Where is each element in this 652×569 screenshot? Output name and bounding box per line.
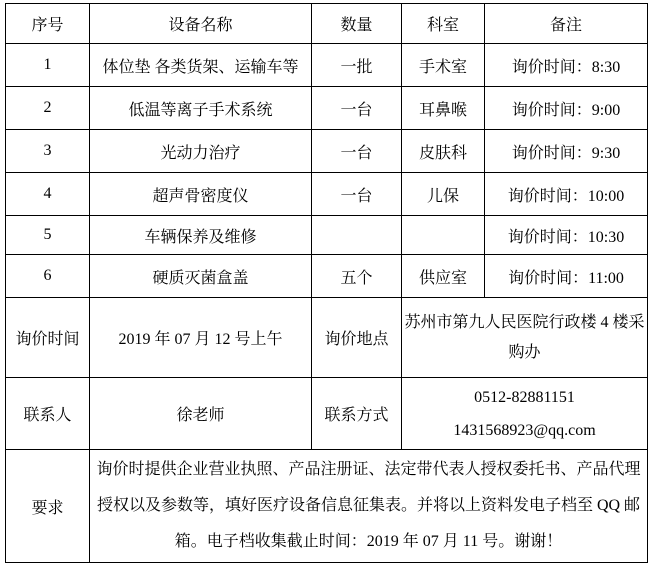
contact-method-label: 联系方式 [312,378,402,450]
cell-quantity: 一批 [312,44,402,87]
cell-serial: 1 [6,44,90,87]
table-row-5: 5 车辆保养及维修 询价时间：10:30 [6,216,648,255]
cell-department [402,216,485,255]
cell-quantity: 五个 [312,255,402,298]
header-remarks: 备注 [485,4,648,44]
inquiry-time-value: 2019 年 07 月 12 号上午 [90,298,312,378]
table-row-3: 3 光动力治疗 一台 皮肤科 询价时间：9:30 [6,130,648,173]
header-department: 科室 [402,4,485,44]
header-equipment-name: 设备名称 [90,4,312,44]
cell-department: 儿保 [402,173,485,216]
cell-remark: 询价时间：9:30 [485,130,648,173]
cell-quantity [312,216,402,255]
cell-serial: 2 [6,87,90,130]
header-serial-number: 序号 [6,4,90,44]
contact-email: 1431568923@qq.com [404,414,645,447]
contact-person-value: 徐老师 [90,378,312,450]
requirements-label: 要求 [6,450,90,563]
header-quantity: 数量 [312,4,402,44]
cell-equipment-name: 超声骨密度仪 [90,173,312,216]
cell-quantity: 一台 [312,173,402,216]
cell-quantity: 一台 [312,87,402,130]
document-page: 序号 设备名称 数量 科室 备注 1 体位垫 各类货架、运输车等 一批 手术室 … [0,0,652,569]
table-header-row: 序号 设备名称 数量 科室 备注 [6,4,648,44]
table-row-4: 4 超声骨密度仪 一台 儿保 询价时间：10:00 [6,173,648,216]
table-row-6: 6 硬质灭菌盒盖 五个 供应室 询价时间：11:00 [6,255,648,298]
contact-person-label: 联系人 [6,378,90,450]
inquiry-info-row: 询价时间 2019 年 07 月 12 号上午 询价地点 苏州市第九人民医院行政… [6,298,648,378]
cell-department: 皮肤科 [402,130,485,173]
procurement-inquiry-table: 序号 设备名称 数量 科室 备注 1 体位垫 各类货架、运输车等 一批 手术室 … [5,3,648,563]
cell-serial: 3 [6,130,90,173]
cell-equipment-name: 体位垫 各类货架、运输车等 [90,44,312,87]
contact-phone: 0512-82881151 [404,381,645,414]
cell-remark: 询价时间：10:00 [485,173,648,216]
cell-remark: 询价时间：8:30 [485,44,648,87]
inquiry-time-label: 询价时间 [6,298,90,378]
cell-serial: 6 [6,255,90,298]
cell-serial: 5 [6,216,90,255]
cell-department: 手术室 [402,44,485,87]
cell-department: 耳鼻喉 [402,87,485,130]
cell-equipment-name: 光动力治疗 [90,130,312,173]
cell-equipment-name: 车辆保养及维修 [90,216,312,255]
cell-equipment-name: 硬质灭菌盒盖 [90,255,312,298]
requirements-row: 要求 询价时提供企业营业执照、产品注册证、法定带代表人授权委托书、产品代理授权以… [6,450,648,563]
contact-info-row: 联系人 徐老师 联系方式 0512-82881151 1431568923@qq… [6,378,648,450]
cell-remark: 询价时间：11:00 [485,255,648,298]
cell-department: 供应室 [402,255,485,298]
inquiry-place-label: 询价地点 [312,298,402,378]
cell-remark: 询价时间：10:30 [485,216,648,255]
cell-quantity: 一台 [312,130,402,173]
inquiry-place-value: 苏州市第九人民医院行政楼 4 楼采购办 [402,298,648,378]
contact-method-value: 0512-82881151 1431568923@qq.com [402,378,648,450]
requirements-text: 询价时提供企业营业执照、产品注册证、法定带代表人授权委托书、产品代理授权以及参数… [90,450,648,563]
cell-equipment-name: 低温等离子手术系统 [90,87,312,130]
cell-serial: 4 [6,173,90,216]
cell-remark: 询价时间：9:00 [485,87,648,130]
table-row-1: 1 体位垫 各类货架、运输车等 一批 手术室 询价时间：8:30 [6,44,648,87]
table-row-2: 2 低温等离子手术系统 一台 耳鼻喉 询价时间：9:00 [6,87,648,130]
